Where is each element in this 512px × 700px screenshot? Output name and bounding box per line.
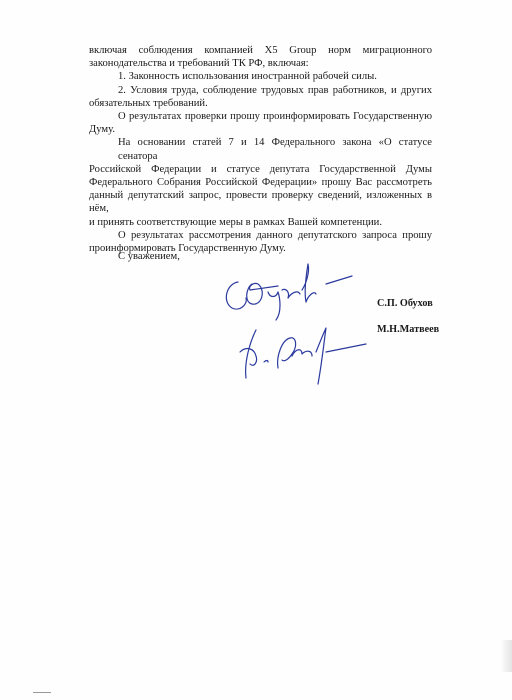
list-item-1: 1. Законность использования иностранной … xyxy=(89,70,432,83)
body-line: На основании статей 7 и 14 Федерального … xyxy=(89,136,432,162)
body-line: Думу. xyxy=(89,123,432,136)
scan-edge-shadow xyxy=(500,640,512,672)
document-page: включая соблюдения компанией X5 Group но… xyxy=(0,0,512,700)
body-line: законодательства и требований ТК РФ, вкл… xyxy=(89,57,432,70)
body-line: обязательных требований. xyxy=(89,97,432,110)
body-line: и принять соответствующие меры в рамках … xyxy=(89,216,432,229)
body-line: данный депутатский запрос, провести пров… xyxy=(89,189,432,215)
body-line: О результатах рассмотрения данного депут… xyxy=(89,229,432,242)
document-body: включая соблюдения компанией X5 Group но… xyxy=(89,44,432,255)
signature-matveev-icon xyxy=(226,322,376,386)
body-line: О результатах проверки прошу проинформир… xyxy=(89,110,432,123)
list-item-2: 2. Условия труда, соблюдение трудовых пр… xyxy=(89,84,432,97)
scan-mark xyxy=(33,692,51,693)
signer-name: М.Н.Матвеев xyxy=(377,324,439,335)
body-line: Федерального Собрания Российской Федерац… xyxy=(89,176,432,189)
body-line: Российской Федерации и статусе депутата … xyxy=(89,163,432,176)
closing-salutation: С уважением, xyxy=(118,251,180,262)
signer-name: С.П. Обухов xyxy=(377,298,433,309)
body-line: включая соблюдения компанией X5 Group но… xyxy=(89,44,432,57)
signature-obukhov-icon xyxy=(218,262,358,324)
